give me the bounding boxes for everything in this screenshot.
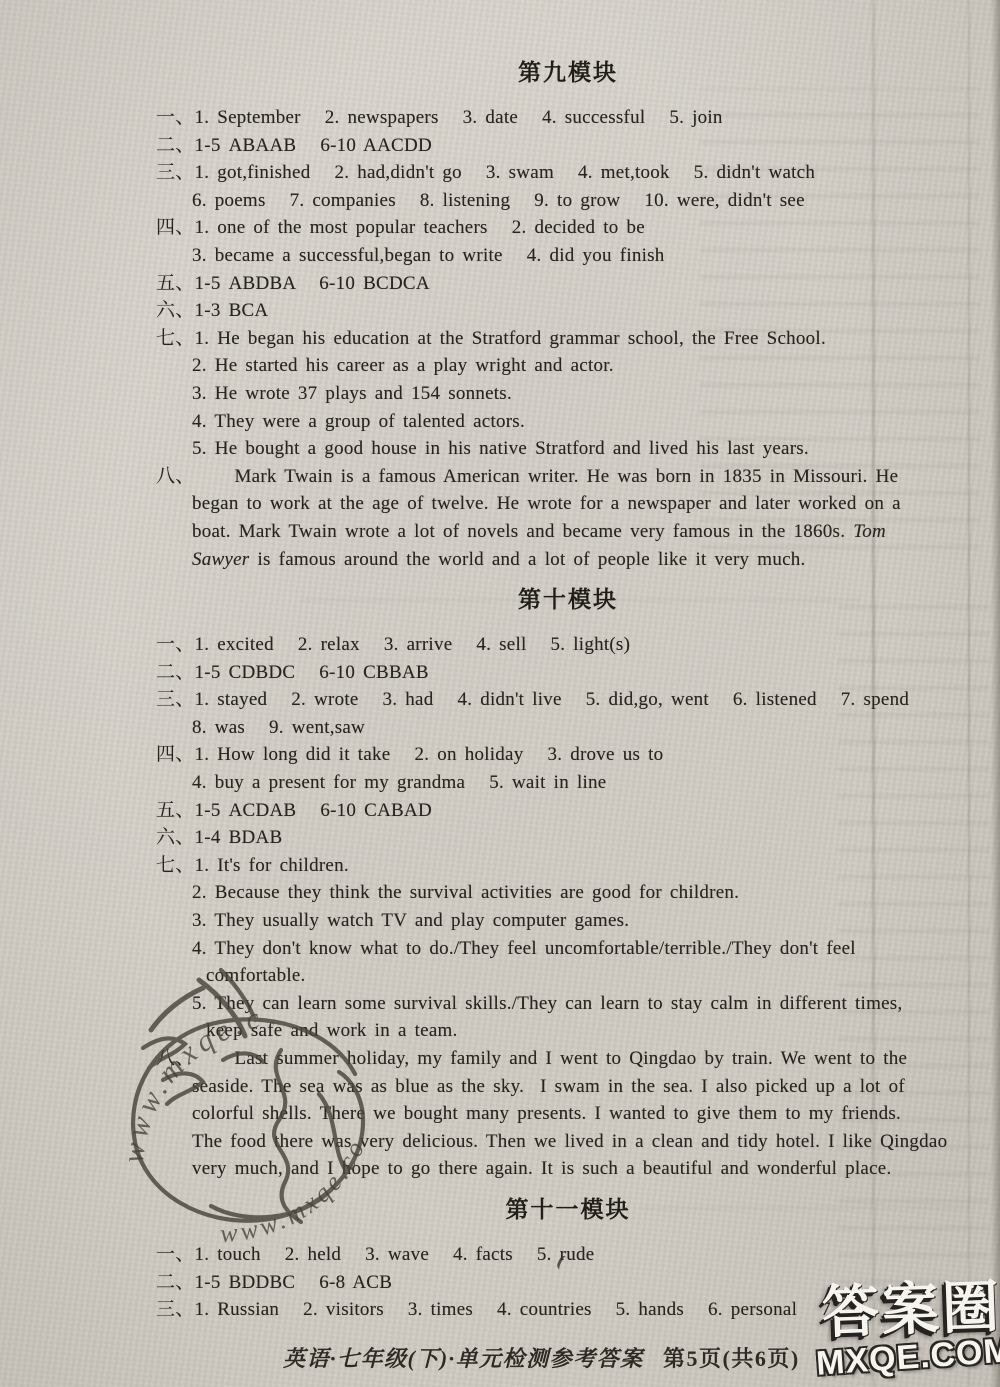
answer-line: 六、1-3 BCA (156, 297, 980, 325)
answer-line: 3. He wrote 37 plays and 154 sonnets. (156, 380, 980, 408)
answer-text: 三、1. Russian 2. visitors 3. times 4. cou… (156, 1299, 836, 1320)
answer-text: 2. Because they think the survival activ… (192, 882, 739, 903)
answer-line: 2. Because they think the survival activ… (156, 879, 980, 907)
answer-text: 4. buy a present for my grandma 5. wait … (192, 772, 606, 793)
answer-line: 4. buy a present for my grandma 5. wait … (156, 769, 980, 797)
answer-line: boat. Mark Twain wrote a lot of novels a… (156, 518, 980, 546)
answer-text: 七、1. He began his education at the Strat… (156, 328, 826, 349)
answer-line: 三、1. got,finished 2. had,didn't go 3. sw… (156, 159, 980, 187)
answer-line: 七、1. He began his education at the Strat… (156, 325, 980, 353)
answer-line: 8. was 9. went,saw (156, 714, 980, 742)
answer-line: 六、1-4 BDAB (156, 824, 980, 852)
answer-text: is famous around the world and a lot of … (249, 549, 805, 570)
answer-text: 五、1-5 ACDAB 6-10 CABAD (156, 800, 432, 821)
module-title: 第九模块 (156, 58, 980, 88)
answer-line: Sawyer is famous around the world and a … (156, 546, 980, 574)
answer-text: 八、 Mark Twain is a famous American write… (156, 466, 898, 487)
answer-text: boat. Mark Twain wrote a lot of novels a… (192, 521, 853, 542)
answer-line: 七、1. It's for children. (156, 852, 980, 880)
answer-line: 四、1. one of the most popular teachers 2.… (156, 214, 980, 242)
answer-line: 3. became a successful,began to write 4.… (156, 242, 980, 270)
answer-text: 五、1-5 ABDBA 6-10 BCDCA (156, 273, 430, 294)
answer-text: 一、1. excited 2. relax 3. arrive 4. sell … (156, 634, 630, 655)
answer-text: 四、1. one of the most popular teachers 2.… (156, 217, 645, 238)
answer-text: 3. became a successful,began to write 4.… (192, 245, 665, 266)
answer-line: 3. They usually watch TV and play comput… (156, 907, 980, 935)
answer-line: 二、1-5 ABAAB 6-10 AACDD (156, 132, 980, 160)
module-title: 第十模块 (156, 585, 980, 615)
answer-text: 三、1. got,finished 2. had,didn't go 3. sw… (156, 162, 815, 183)
answer-text: 二、1-5 ABAAB 6-10 AACDD (156, 135, 432, 156)
answer-line: 二、1-5 CDBDC 6-10 CBBAB (156, 659, 980, 687)
answer-text: 三、1. stayed 2. wrote 3. had 4. didn't li… (156, 689, 909, 710)
answer-text: 5. He bought a good house in his native … (192, 438, 809, 459)
answer-text: 二、1-5 CDBDC 6-10 CBBAB (156, 662, 429, 683)
answer-line: 三、1. stayed 2. wrote 3. had 4. didn't li… (156, 686, 980, 714)
answer-text: 六、1-3 BCA (156, 300, 268, 321)
answer-line: 一、1. excited 2. relax 3. arrive 4. sell … (156, 631, 980, 659)
answer-circle-watermark: 答案圈 (821, 1279, 1000, 1342)
answer-line: 一、1. September 2. newspapers 3. date 4. … (156, 104, 980, 132)
handwritten-stamp: www.mxqe.com www.mxqe.com (103, 952, 423, 1282)
scanned-answer-page: 第九模块一、1. September 2. newspapers 3. date… (0, 0, 1000, 1387)
answer-line: began to work at the age of twelve. He w… (156, 490, 980, 518)
answer-line: 6. poems 7. companies 8. listening 9. to… (156, 187, 980, 215)
answer-text: began to work at the age of twelve. He w… (192, 493, 901, 514)
answer-line: 2. He started his career as a play wrigh… (156, 352, 980, 380)
answer-line: 八、 Mark Twain is a famous American write… (156, 463, 980, 491)
stamp-text: www.mxqe.com (103, 952, 268, 1165)
paper-edge (991, 0, 1000, 1387)
footer-page-number: 第5页(共6页) (663, 1342, 800, 1373)
module-1: 第九模块一、1. September 2. newspapers 3. date… (156, 58, 980, 573)
answer-line: 五、1-5 ACDAB 6-10 CABAD (156, 797, 980, 825)
answer-text: 一、1. September 2. newspapers 3. date 4. … (156, 107, 723, 128)
answer-text-italic: Sawyer (192, 549, 249, 570)
answer-text: 4. They were a group of talented actors. (192, 411, 525, 432)
answer-text: 8. was 9. went,saw (192, 717, 365, 738)
answer-line: 5. He bought a good house in his native … (156, 435, 980, 463)
svg-text:www.mxqe.com: www.mxqe.com (103, 952, 268, 1165)
footer-course-label: 英语·七年级(下)·单元检测参考答案 (283, 1342, 644, 1373)
answer-text-italic: Tom (853, 521, 886, 542)
answer-line: 五、1-5 ABDBA 6-10 BCDCA (156, 270, 980, 298)
answer-text: 六、1-4 BDAB (156, 827, 282, 848)
answer-text: 2. He started his career as a play wrigh… (192, 355, 614, 376)
answer-text: 6. poems 7. companies 8. listening 9. to… (192, 190, 805, 211)
answer-line: 4. They were a group of talented actors. (156, 408, 980, 436)
answer-text: 3. He wrote 37 plays and 154 sonnets. (192, 383, 512, 404)
answer-text: 四、1. How long did it take 2. on holiday … (156, 744, 663, 765)
answer-text: 3. They usually watch TV and play comput… (192, 910, 629, 931)
answer-line: 四、1. How long did it take 2. on holiday … (156, 741, 980, 769)
answer-text: 七、1. It's for children. (156, 855, 349, 876)
